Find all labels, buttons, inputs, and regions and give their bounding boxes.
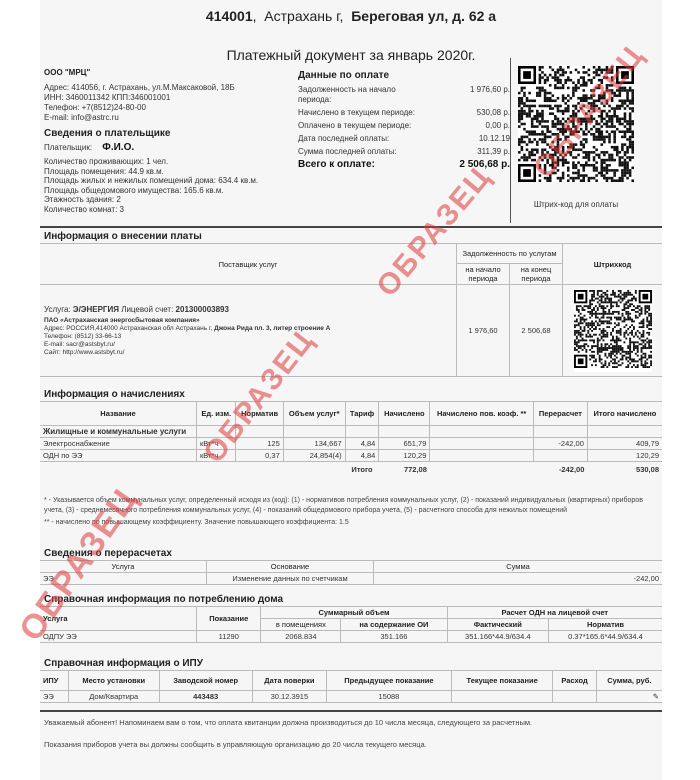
supplier-address-bold: Джона Рида пл. 3, литер строение А <box>214 325 330 332</box>
payment-data-value: 530,08 р. <box>477 108 510 118</box>
charges-col: Перерасчет <box>533 402 587 426</box>
hc-reading: 11290 <box>197 631 261 643</box>
charges-cell <box>430 438 534 450</box>
service-label: Услуга: <box>44 305 71 314</box>
payment-data-value: 10.12.19 <box>479 134 510 144</box>
house-consumption-table: Услуга Показание Суммарный объем Расчет … <box>40 606 662 643</box>
charges-col: Название <box>40 402 197 426</box>
service-name: Э/ЭНЕРГИЯ <box>73 305 119 314</box>
hc-service: ОДПУ ЭЭ <box>40 631 197 643</box>
payer-details: Количество проживающих: 1 чел.Площадь по… <box>44 157 258 215</box>
supplier-email: E-mail: sacr@astsbyt.ru/ <box>44 341 115 348</box>
payment-data: Данные по оплате Задолженность на начало… <box>298 70 510 173</box>
payer-label: Плательщик: <box>44 143 92 152</box>
payer-line: Плательщик: Ф.И.О. <box>44 143 134 153</box>
charges-cell <box>533 450 587 462</box>
charges-cell: 0,37 <box>236 450 283 462</box>
account-number: 201300003893 <box>176 305 229 314</box>
charges-cell: 120,29 <box>379 450 430 462</box>
payer-detail-line: Площадь помещения: 44.9 кв.м. <box>44 167 258 177</box>
col-barcode: Штрихкод <box>563 244 663 285</box>
org-phone: Телефон: +7(8512)24-80-00 <box>44 103 304 113</box>
payment-data-label: Сумма последней оплаты: <box>298 147 418 157</box>
property-address: 414001, Астрахань г, Береговая ул, д. 62… <box>40 8 662 24</box>
col-debt: Задолженность по услугам <box>457 244 563 264</box>
ipu-col: Заводской номер <box>159 671 252 691</box>
hc-col-reading: Показание <box>197 607 261 631</box>
col-debt-start: на начало периода <box>457 264 510 285</box>
payment-data-value: 0,00 р. <box>486 121 510 131</box>
hc-oi: 351.166 <box>341 631 447 643</box>
supplier-phone: Телефон: (8512) 33-66-13 <box>44 333 121 340</box>
payment-data-row: Дата последней оплаты:10.12.19 <box>298 134 510 144</box>
charges-cell <box>430 450 534 462</box>
ipu-cell: ЭЭ <box>40 691 68 703</box>
account-label: Лицевой счет: <box>121 305 173 314</box>
payer-name: Ф.И.О. <box>102 142 134 153</box>
charges-cell: 24,854(4) <box>283 450 345 462</box>
charges-heading: Информация о начислениях <box>44 389 185 400</box>
payment-info-table: Поставщик услуг Задолженность по услугам… <box>40 243 662 377</box>
charges-cell: 409,79 <box>587 438 662 450</box>
hc-actual: 351.166*44.9/634.4 <box>447 631 548 643</box>
charges-total-recalc: -242,00 <box>533 462 587 478</box>
hc-col-total-volume: Суммарный объем <box>261 607 447 619</box>
table-row: ЭЭДом/Квартира44348330.12.391515088✎ <box>40 691 662 703</box>
recalc-sum: -242,00 <box>374 573 663 585</box>
payment-data-row: Задолженность на начало периода:1 976,60… <box>298 85 510 105</box>
payment-data-value: 311,39 р. <box>477 147 510 157</box>
charges-col: Начислено пов. коэф. ** <box>430 402 534 426</box>
charges-cell: -242,00 <box>533 438 587 450</box>
payment-data-label: Оплачено в текущем периоде: <box>298 121 418 131</box>
recalc-col-sum: Сумма <box>374 561 663 573</box>
section-divider <box>40 226 662 228</box>
payment-info-heading: Информация о внесении платы <box>44 231 202 242</box>
payment-data-row: Сумма последней оплаты:311,39 р. <box>298 147 510 157</box>
total-due-label: Всего к оплате: <box>298 160 375 170</box>
charges-col: Начислено <box>379 402 430 426</box>
payer-detail-line: Площадь общедомового имущества: 165.6 кв… <box>44 186 258 196</box>
charges-cell: 134,667 <box>283 438 345 450</box>
ipu-cell[interactable]: ✎ <box>596 691 662 703</box>
ipu-heading: Справочная информация о ИПУ <box>44 658 203 669</box>
edit-pencil-icon[interactable]: ✎ <box>653 692 659 701</box>
ipu-col: ИПУ <box>40 671 68 691</box>
org-name: ООО "МРЦ" <box>44 68 90 77</box>
table-row: ОДПУ ЭЭ 11290 2068.834 351.166 351.166*4… <box>40 631 662 643</box>
ipu-cell: Дом/Квартира <box>68 691 159 703</box>
supplier-qr-code <box>574 290 652 372</box>
ipu-cell: 15088 <box>326 691 451 703</box>
charges-cell: 4,84 <box>345 438 379 450</box>
hc-norm: 0.37*165.6*44.9/634.4 <box>548 631 662 643</box>
charges-group: Жилищные и коммунальные услуги <box>40 426 197 438</box>
col-debt-end: на конец периода <box>510 264 563 285</box>
org-inn: ИНН: 3460011342 КПП:346001001 <box>44 93 304 103</box>
payment-data-value: 1 976,60 р. <box>470 85 510 105</box>
org-details: Адрес: 414056, г. Астрахань, ул.М.Максак… <box>44 83 304 123</box>
charges-cell: Электроснабжение <box>40 438 197 450</box>
charges-total-sum: 530,08 <box>587 462 662 478</box>
payer-detail-line: Количество комнат: 3 <box>44 205 258 215</box>
charges-total-charged: 772,08 <box>379 462 430 478</box>
ipu-cell: 443483 <box>159 691 252 703</box>
payer-detail-line: Этажность здания: 2 <box>44 195 258 205</box>
ipu-col: Текущее показание <box>451 671 553 691</box>
charges-total-label: Итого <box>345 462 379 478</box>
charges-col: Итого начислено <box>587 402 662 426</box>
charges-table: НазваниеЕд. изм.НормативОбъем услуг*Тари… <box>40 401 662 478</box>
city: Астрахань г, <box>264 8 343 24</box>
hc-col-actual: Фактический <box>447 619 548 631</box>
section-divider <box>40 710 662 712</box>
ipu-cell <box>451 691 553 703</box>
postcode: 414001 <box>206 8 253 24</box>
ipu-col: Предыдущее показание <box>326 671 451 691</box>
footer-note-2: Показания приборов учета вы должны сообщ… <box>44 740 427 749</box>
payment-data-row: Оплачено в текущем периоде:0,00 р. <box>298 121 510 131</box>
recalc-basis: Изменение данных по счетчикам <box>207 573 374 585</box>
footer-note-1: Уважаемый абонент! Напоминаем вам о том,… <box>44 718 532 727</box>
org-address: Адрес: 414056, г. Астрахань, ул.М.Максак… <box>44 83 304 93</box>
table-row: ЭЭ Изменение данных по счетчикам -242,00 <box>40 573 662 585</box>
payment-data-label: Дата последней оплаты: <box>298 134 418 144</box>
charges-col: Тариф <box>345 402 379 426</box>
hc-col-norm: Норматив <box>548 619 662 631</box>
ipu-cell: 30.12.3915 <box>252 691 326 703</box>
charges-cell: 4,84 <box>345 450 379 462</box>
table-row: ОДН по ЭЭкВт*ч0,3724,854(4)4,84120,29120… <box>40 450 662 462</box>
hc-col-oi: на содержание ОИ <box>341 619 447 631</box>
charges-col: Объем услуг* <box>283 402 345 426</box>
recalc-col-basis: Основание <box>207 561 374 573</box>
supplier-qr-cell <box>563 285 663 377</box>
ipu-col: Место установки <box>68 671 159 691</box>
hc-in-rooms: 2068.834 <box>261 631 341 643</box>
table-row: ЭлектроснабжениекВт*ч125134,6674,84651,7… <box>40 438 662 450</box>
supplier-site: Сайт: http://www.astsbyt.ru/ <box>44 349 124 356</box>
ipu-table: ИПУМесто установкиЗаводской номерДата по… <box>40 670 662 703</box>
org-email: E-mail: info@astrc.ru <box>44 113 304 123</box>
divider <box>510 58 511 223</box>
supplier-address: Адрес: РОССИЯ,414000 Астраханская обл Ас… <box>44 325 212 332</box>
payer-detail-line: Площадь жилых и нежилых помещений дома: … <box>44 176 258 186</box>
payment-data-heading: Данные по оплате <box>298 70 510 81</box>
debt-start-value: 1 976,60 <box>457 285 510 377</box>
ipu-col: Расход <box>553 671 596 691</box>
payment-data-row: Начислено в текущем периоде:530,08 р. <box>298 108 510 118</box>
footnote-2: ** - начислено по повышающему коэффициен… <box>44 518 656 528</box>
street: Береговая ул, д. 62 а <box>351 8 496 24</box>
ipu-col: Дата поверки <box>252 671 326 691</box>
ipu-cell <box>553 691 596 703</box>
document-title: Платежный документ за январь 2020г. <box>40 47 662 63</box>
payer-detail-line: Количество проживающих: 1 чел. <box>44 157 258 167</box>
hc-col-odn: Расчет ОДН на лицевой счет <box>447 607 662 619</box>
ipu-col: Сумма, руб. <box>596 671 662 691</box>
recalc-table: Услуга Основание Сумма ЭЭ Изменение данн… <box>40 560 662 585</box>
charges-cell: 651,79 <box>379 438 430 450</box>
debt-end-value: 2 506,68 <box>510 285 563 377</box>
charges-cell: 120,29 <box>587 450 662 462</box>
supplier-company: ПАО «Астраханская энергосбытовая компани… <box>44 317 200 324</box>
payer-heading: Сведения о плательщике <box>44 128 170 139</box>
qr-caption: Штрих-код для оплаты <box>510 200 642 210</box>
payment-data-label: Начислено в текущем периоде: <box>298 108 418 118</box>
payment-data-label: Задолженность на начало периода: <box>298 85 418 105</box>
charges-cell: ОДН по ЭЭ <box>40 450 197 462</box>
hc-col-in-rooms: в помещениях <box>261 619 341 631</box>
